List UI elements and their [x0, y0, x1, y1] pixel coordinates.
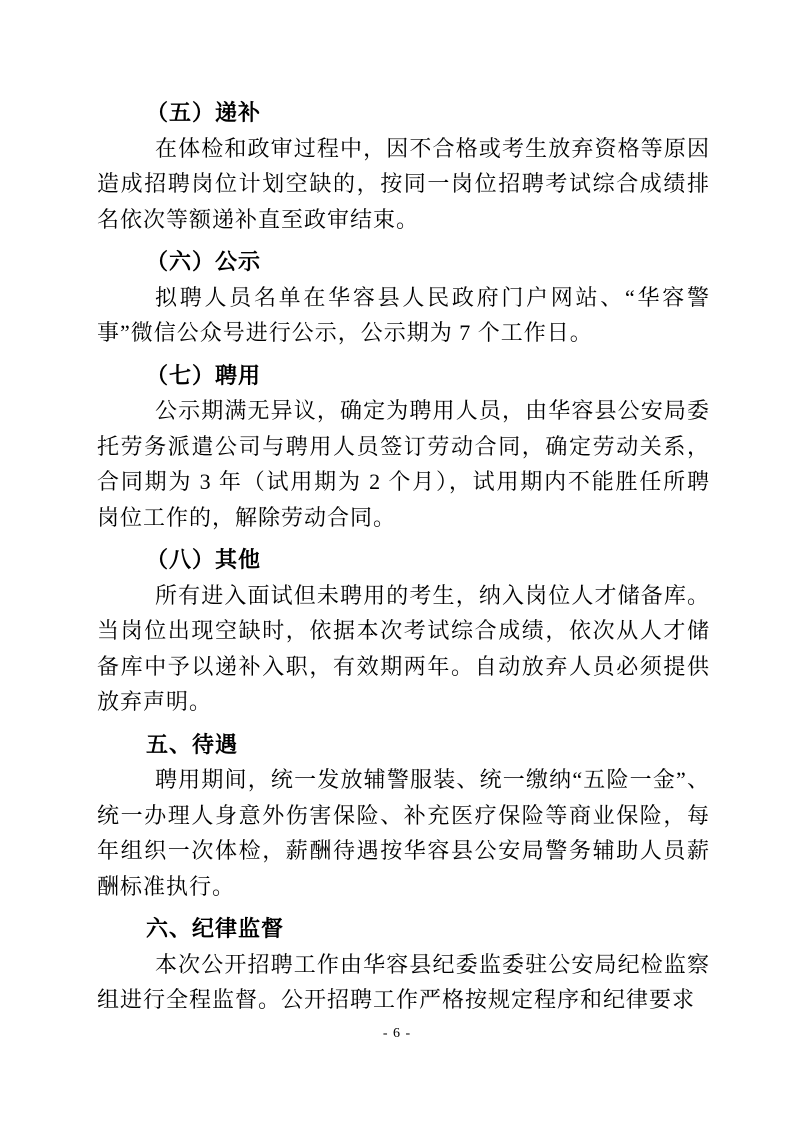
section-heading: （七）聘用	[97, 358, 710, 394]
section-heading: 五、待遇	[97, 727, 710, 763]
section-heading: 六、纪律监督	[97, 911, 710, 947]
section-paragraph: 所有进入面试但未聘用的考生，纳入岗位人才储备库。当岗位出现空缺时，依据本次考试综…	[97, 578, 710, 720]
section-paragraph: 公示期满无异议，确定为聘用人员，由华容县公安局委托劳务派遣公司与聘用人员签订劳动…	[97, 393, 710, 535]
section-paragraph: 拟聘人员名单在华容县人民政府门户网站、“华容警事”微信公众号进行公示，公示期为 …	[97, 280, 710, 351]
document-body: （五）递补 在体检和政审过程中，因不合格或考生放弃资格等原因造成招聘岗位计划空缺…	[97, 88, 710, 1018]
section-liu-jilvjiandu: 六、纪律监督 本次公开招聘工作由华容县纪委监委驻公安局纪检监察组进行全程监督。公…	[97, 911, 710, 1018]
section-6-gongshi: （六）公示 拟聘人员名单在华容县人民政府门户网站、“华容警事”微信公众号进行公示…	[97, 244, 710, 351]
section-paragraph: 本次公开招聘工作由华容县纪委监委驻公安局纪检监察组进行全程监督。公开招聘工作严格…	[97, 947, 710, 1018]
section-heading: （八）其他	[97, 542, 710, 578]
section-paragraph: 聘用期间，统一发放辅警服装、统一缴纳“五险一金”、统一办理人身意外伤害保险、补充…	[97, 762, 710, 904]
page-number: - 6 -	[383, 1026, 411, 1041]
section-7-pinyong: （七）聘用 公示期满无异议，确定为聘用人员，由华容县公安局委托劳务派遣公司与聘用…	[97, 358, 710, 536]
page-footer: - 6 -	[0, 1024, 794, 1042]
section-paragraph: 在体检和政审过程中，因不合格或考生放弃资格等原因造成招聘岗位计划空缺的，按同一岗…	[97, 131, 710, 238]
section-8-qita: （八）其他 所有进入面试但未聘用的考生，纳入岗位人才储备库。当岗位出现空缺时，依…	[97, 542, 710, 720]
section-wu-daiyu: 五、待遇 聘用期间，统一发放辅警服装、统一缴纳“五险一金”、统一办理人身意外伤害…	[97, 727, 710, 905]
section-5-dibu: （五）递补 在体检和政审过程中，因不合格或考生放弃资格等原因造成招聘岗位计划空缺…	[97, 95, 710, 237]
section-heading: （五）递补	[97, 95, 710, 131]
document-page: （五）递补 在体检和政审过程中，因不合格或考生放弃资格等原因造成招聘岗位计划空缺…	[0, 0, 794, 1122]
section-heading: （六）公示	[97, 244, 710, 280]
